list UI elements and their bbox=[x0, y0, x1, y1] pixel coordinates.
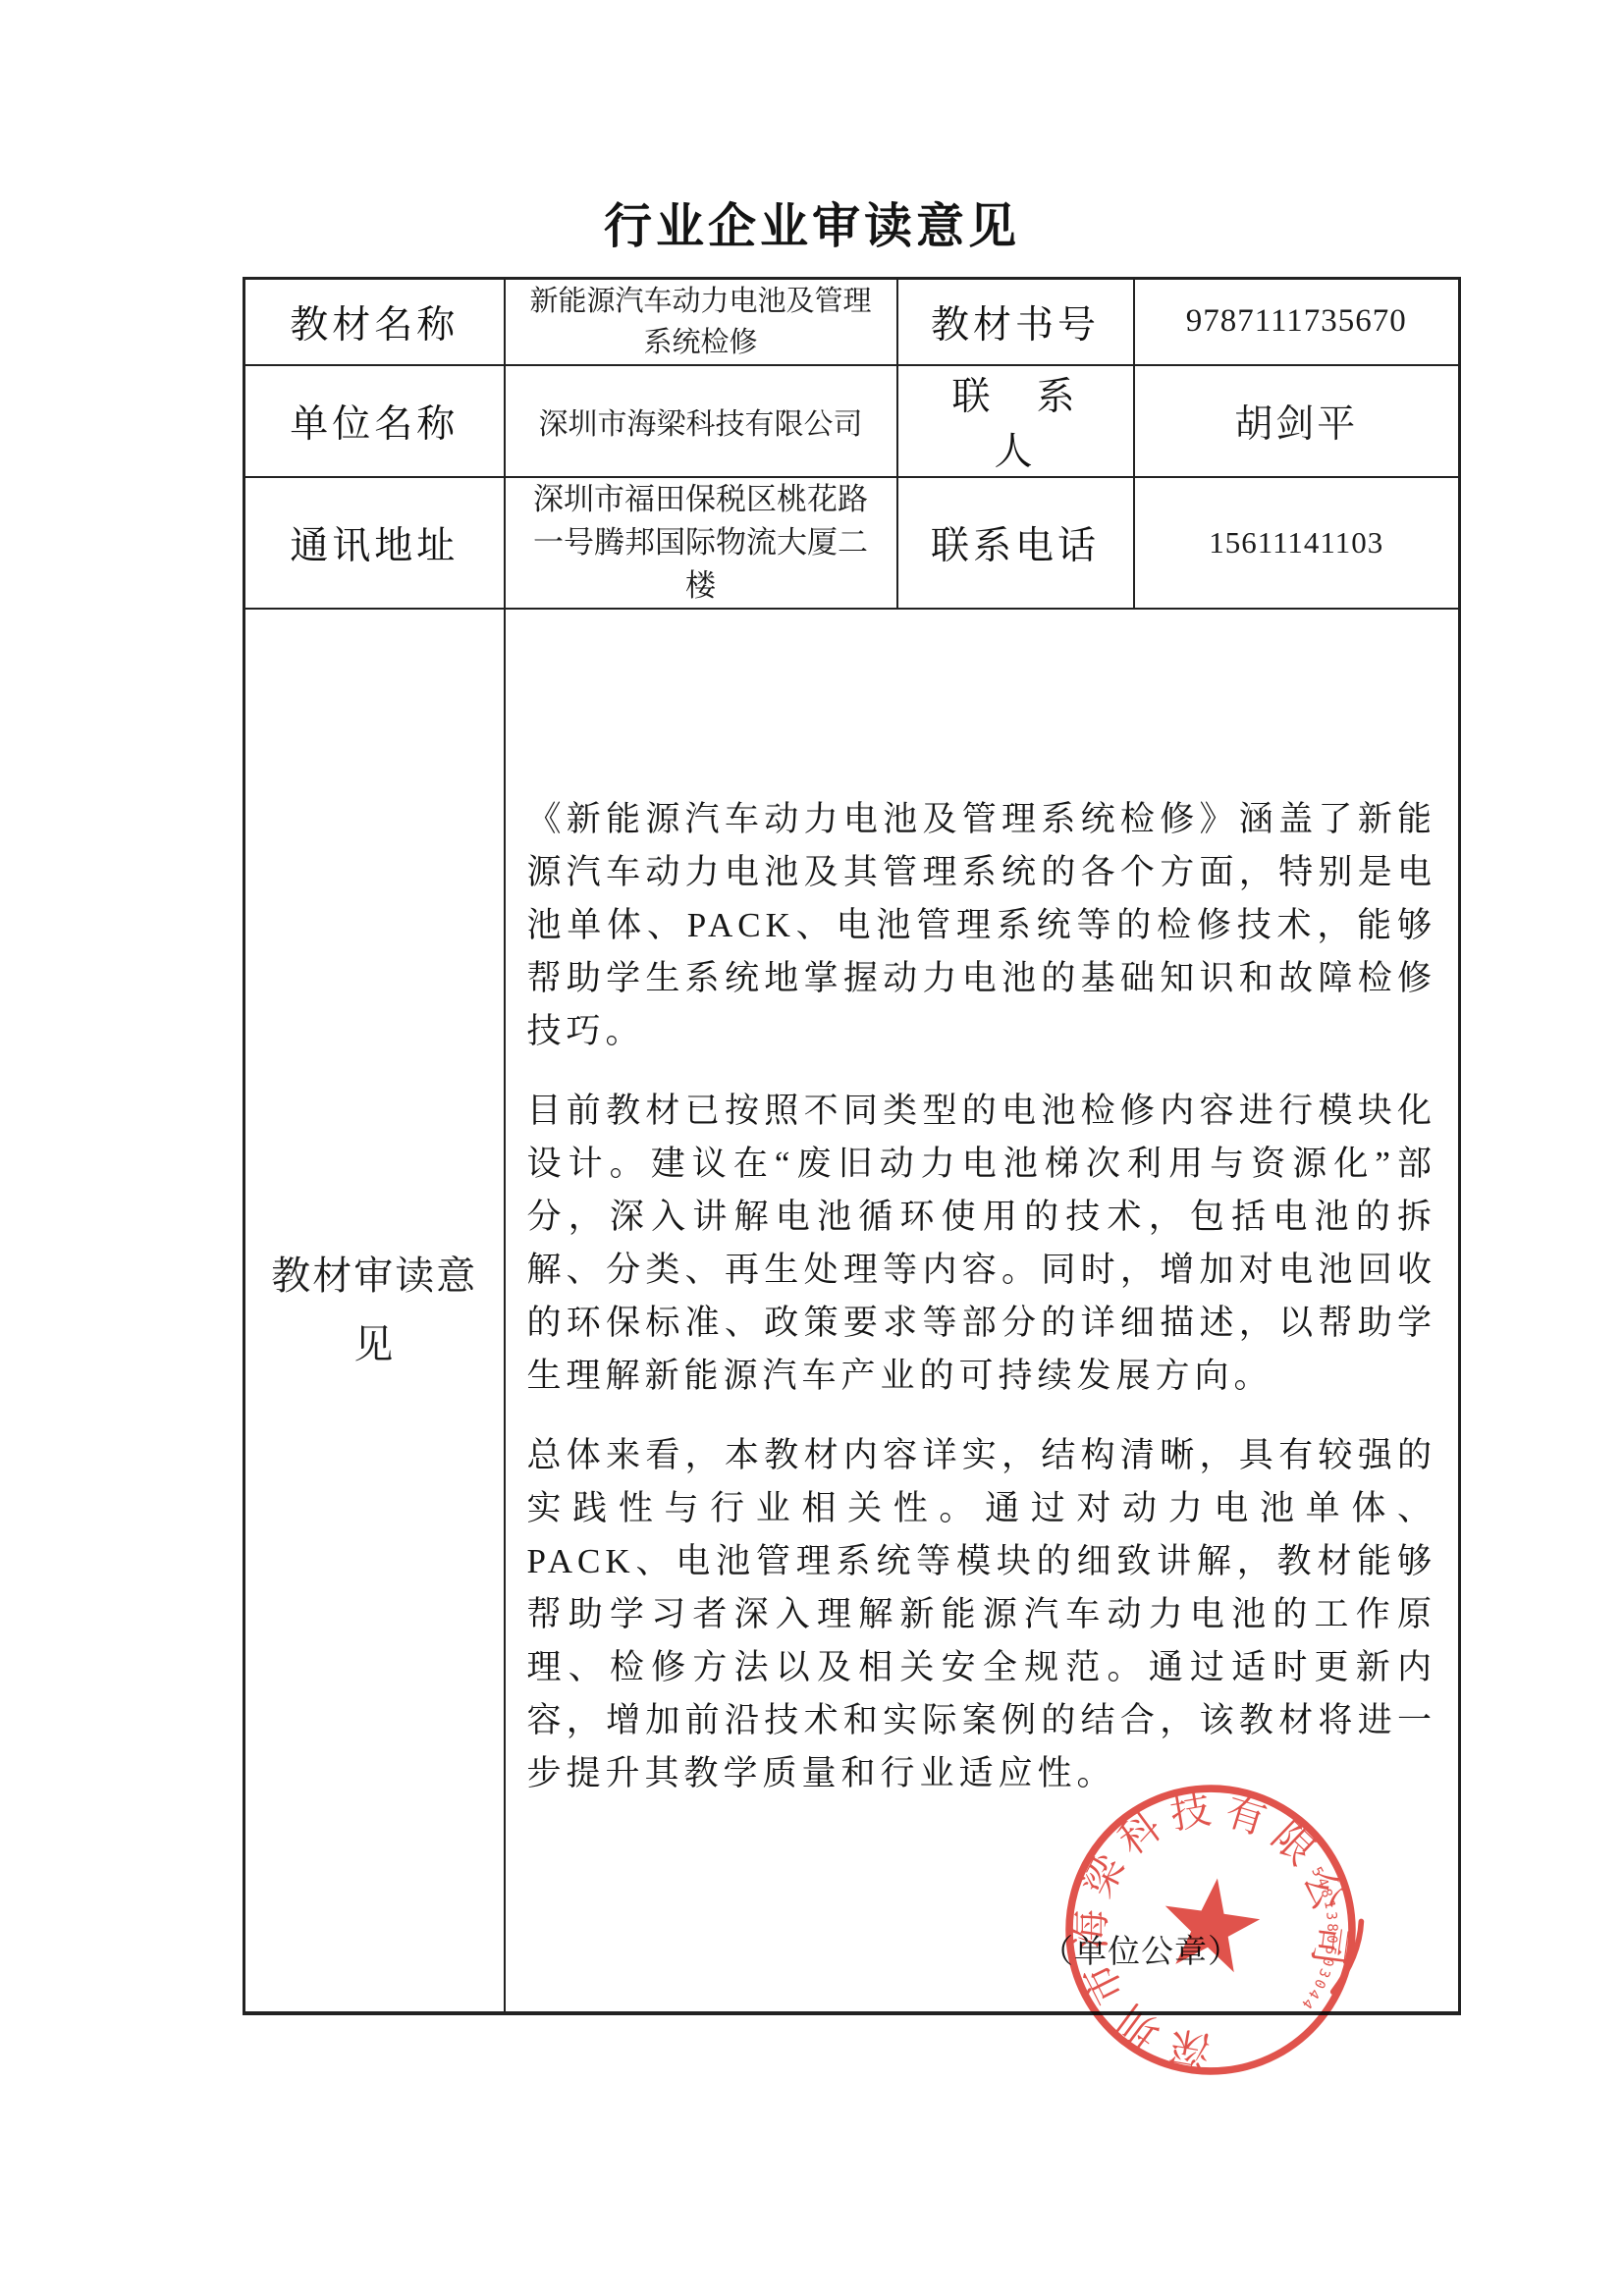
contact-phone-value: 15611141103 bbox=[1134, 477, 1460, 609]
page-title: 行业企业审读意见 bbox=[0, 188, 1624, 257]
review-opinion-label: 教材审读意见 bbox=[244, 609, 505, 2013]
unit-name-label: 单位名称 bbox=[244, 365, 505, 477]
review-paragraph: 总体来看，本教材内容详实，结构清晰，具有较强的实践性与行业相关性。通过对动力电池… bbox=[527, 1429, 1437, 1800]
book-number-label: 教材书号 bbox=[897, 279, 1134, 365]
mailing-address-label: 通讯地址 bbox=[244, 477, 505, 609]
company-seal-stamp: 深圳市海梁科技有限公司 5481380503044 bbox=[1037, 1753, 1385, 2107]
mailing-address-value: 深圳市福田保税区桃花路一号腾邦国际物流大厦二楼 bbox=[505, 477, 897, 609]
table-row: 单位名称 深圳市海梁科技有限公司 联 系 人 胡剑平 bbox=[244, 365, 1460, 477]
contact-person-label: 联 系 人 bbox=[897, 365, 1134, 477]
table-row: 通讯地址 深圳市福田保税区桃花路一号腾邦国际物流大厦二楼 联系电话 156111… bbox=[244, 477, 1460, 609]
document-page: 行业企业审读意见 教材名称 新能源汽车动力电池及管理系统检修 教材书号 9787… bbox=[0, 0, 1624, 2296]
contact-phone-label: 联系电话 bbox=[897, 477, 1134, 609]
textbook-name-value: 新能源汽车动力电池及管理系统检修 bbox=[505, 279, 897, 365]
textbook-name-label: 教材名称 bbox=[244, 279, 505, 365]
seal-star-icon bbox=[1158, 1872, 1265, 1975]
review-paragraph: 目前教材已按照不同类型的电池检修内容进行模块化设计。建议在“废旧动力电池梯次利用… bbox=[527, 1085, 1437, 1403]
contact-person-value: 胡剑平 bbox=[1134, 365, 1460, 477]
review-paragraph: 《新能源汽车动力电池及管理系统检修》涵盖了新能源汽车动力电池及其管理系统的各个方… bbox=[527, 793, 1437, 1058]
book-number-value: 9787111735670 bbox=[1134, 279, 1460, 365]
review-form-table: 教材名称 新能源汽车动力电池及管理系统检修 教材书号 9787111735670… bbox=[243, 277, 1461, 2015]
table-row: 教材名称 新能源汽车动力电池及管理系统检修 教材书号 9787111735670 bbox=[244, 279, 1460, 365]
unit-name-value: 深圳市海梁科技有限公司 bbox=[505, 365, 897, 477]
